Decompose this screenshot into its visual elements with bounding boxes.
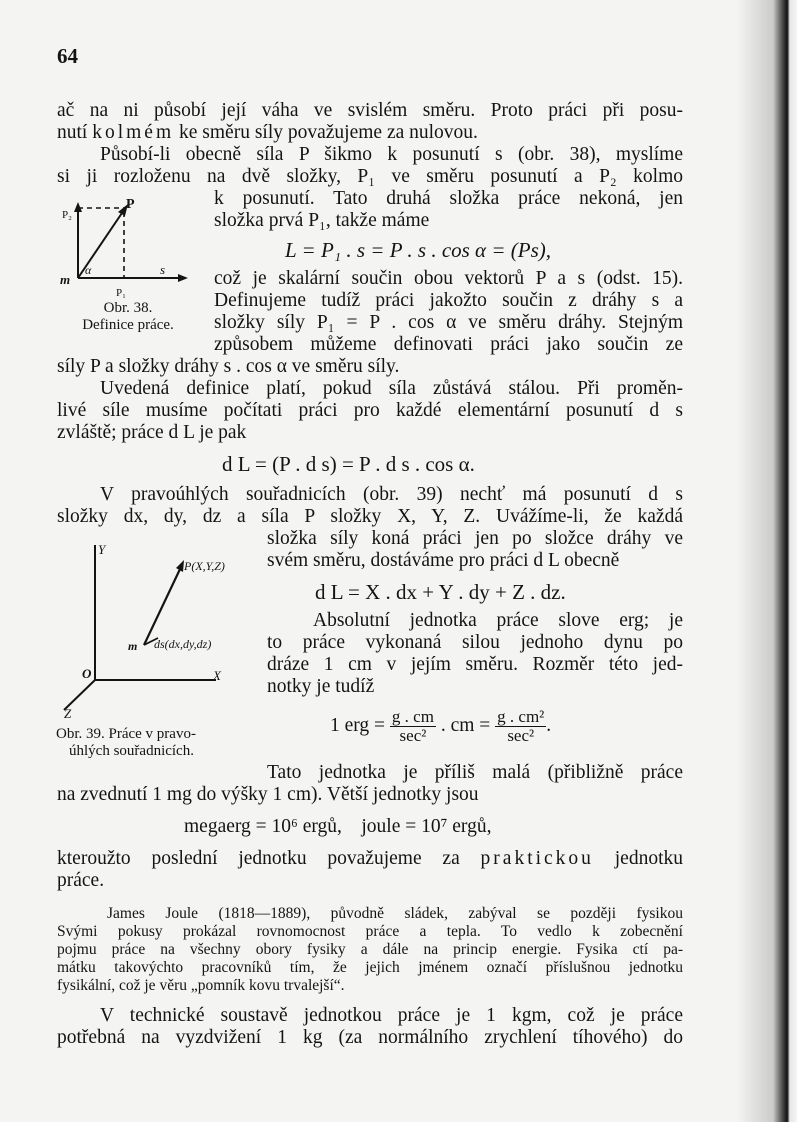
label-P1: P₁	[116, 287, 126, 299]
text-line: notky je tudíž	[267, 676, 683, 698]
text-line: Tato jednotka je příliš malá (přibližně …	[267, 762, 683, 784]
figure-38-diagram: m α s P P₂ P₁	[58, 198, 198, 298]
note-line: pojmu práce na všechny obory fysiky a dá…	[57, 941, 683, 960]
text-line: Absolutní jednotka práce slove erg; je	[313, 610, 683, 632]
text-line: složky síly P₁ = P . cos α ve směru dráh…	[214, 312, 683, 334]
note-line: fysikální, což je věru „pomník kovu trva…	[57, 977, 683, 996]
equation-erg: 1 erg = g . cmsec² . cm = g . cm²sec².	[330, 708, 551, 745]
label-P: P	[126, 197, 135, 212]
text-line: zvláště; práce d L je pak	[57, 422, 683, 444]
note-line: mátku takovýchto pracovníků tím, že jeji…	[57, 959, 683, 978]
emphasis-text: kolmém	[92, 122, 174, 143]
label-s: s	[160, 262, 165, 277]
text-line: způsobem můžeme definovati práci jako so…	[214, 334, 683, 356]
text-line: svém směru, dostáváme pro práci d L obec…	[267, 550, 683, 572]
text-line: si ji rozloženu na dvě složky, P₁ ve smě…	[57, 166, 683, 188]
text-line: dráze 1 cm v jejím směru. Rozměr této je…	[267, 654, 683, 676]
text-line: což je skalární součin obou vektorů P a …	[214, 268, 683, 290]
text-line: to práce vykonaná silou jednoho dynu po	[267, 632, 683, 654]
text-line: Definujeme tudíž práci jakožto součin z …	[214, 290, 683, 312]
label-ds: ds(dx,dy,dz)	[154, 637, 211, 651]
figure-38-caption: Obr. 38. Definice práce.	[58, 300, 198, 334]
text-line: Uvedená definice platí, pokud síla zůstá…	[100, 378, 683, 400]
figure-39-caption: Obr. 39. Práce v pravo- úhlých souřadnic…	[56, 726, 256, 760]
label-Z: Z	[64, 706, 72, 721]
equation-work: L = P₁ . s = P . s . cos α = (Ps),	[285, 238, 551, 263]
page-edge-shadow	[737, 0, 797, 1122]
equation-units: megaerg = 10⁶ ergů, joule = 10⁷ ergů,	[184, 816, 491, 838]
text-line: práce.	[57, 870, 683, 892]
emphasis-text: praktickou	[481, 848, 594, 869]
label-P-xyz: P(X,Y,Z)	[183, 559, 225, 573]
text-line: potřebná na vyzdvižení 1 kg (za normální…	[57, 1027, 683, 1049]
text-line: síly P a složky dráhy s . cos α ve směru…	[57, 356, 683, 378]
text-line: složka síly koná práci jen po složce drá…	[267, 528, 683, 550]
equation-dL: d L = (P . d s) = P . d s . cos α.	[222, 452, 475, 477]
text-line: livé síle musíme počítati práci pro každ…	[57, 400, 683, 422]
note-line: Svými pokusy prokázal rovnomocnost práce…	[57, 923, 683, 942]
note-line: James Joule (1818—1889), původně sládek,…	[107, 905, 683, 924]
label-Y: Y	[98, 542, 107, 557]
label-O: O	[82, 666, 92, 681]
fraction: g . cmsec²	[390, 708, 436, 745]
label-P2: P₂	[62, 209, 72, 221]
text-line: k posunutí. Tato druhá složka práce neko…	[214, 188, 683, 210]
text-line: nutí kolmém ke směru síly považujeme za …	[57, 122, 683, 144]
text-line: V technické soustavě jednotkou práce je …	[100, 1005, 683, 1027]
label-m: m	[128, 639, 137, 653]
text-line: složky dx, dy, dz a síla P složky X, Y, …	[57, 506, 683, 528]
page-number: 64	[57, 44, 78, 69]
label-X: X	[212, 668, 222, 683]
text-line: ač na ni působí její váha ve svislém smě…	[57, 100, 683, 122]
text-line: V pravoúhlých souřadnicích (obr. 39) nec…	[100, 484, 683, 506]
label-m: m	[60, 272, 70, 287]
text-line: kteroužto poslední jednotku považujeme z…	[57, 848, 683, 870]
text-line: Působí-li obecně síla P šikmo k posunutí…	[100, 144, 683, 166]
fraction: g . cm²sec²	[495, 708, 546, 745]
label-alpha: α	[85, 263, 92, 277]
text-line: na zvednutí 1 mg do výšky 1 cm). Větší j…	[57, 784, 683, 806]
figure-39-diagram: Y X Z O m P(X,Y,Z) ds(dx,dy,dz)	[58, 540, 258, 720]
text-line: složka prvá P₁, takže máme	[214, 210, 683, 232]
equation-components: d L = X . dx + Y . dy + Z . dz.	[315, 580, 566, 605]
